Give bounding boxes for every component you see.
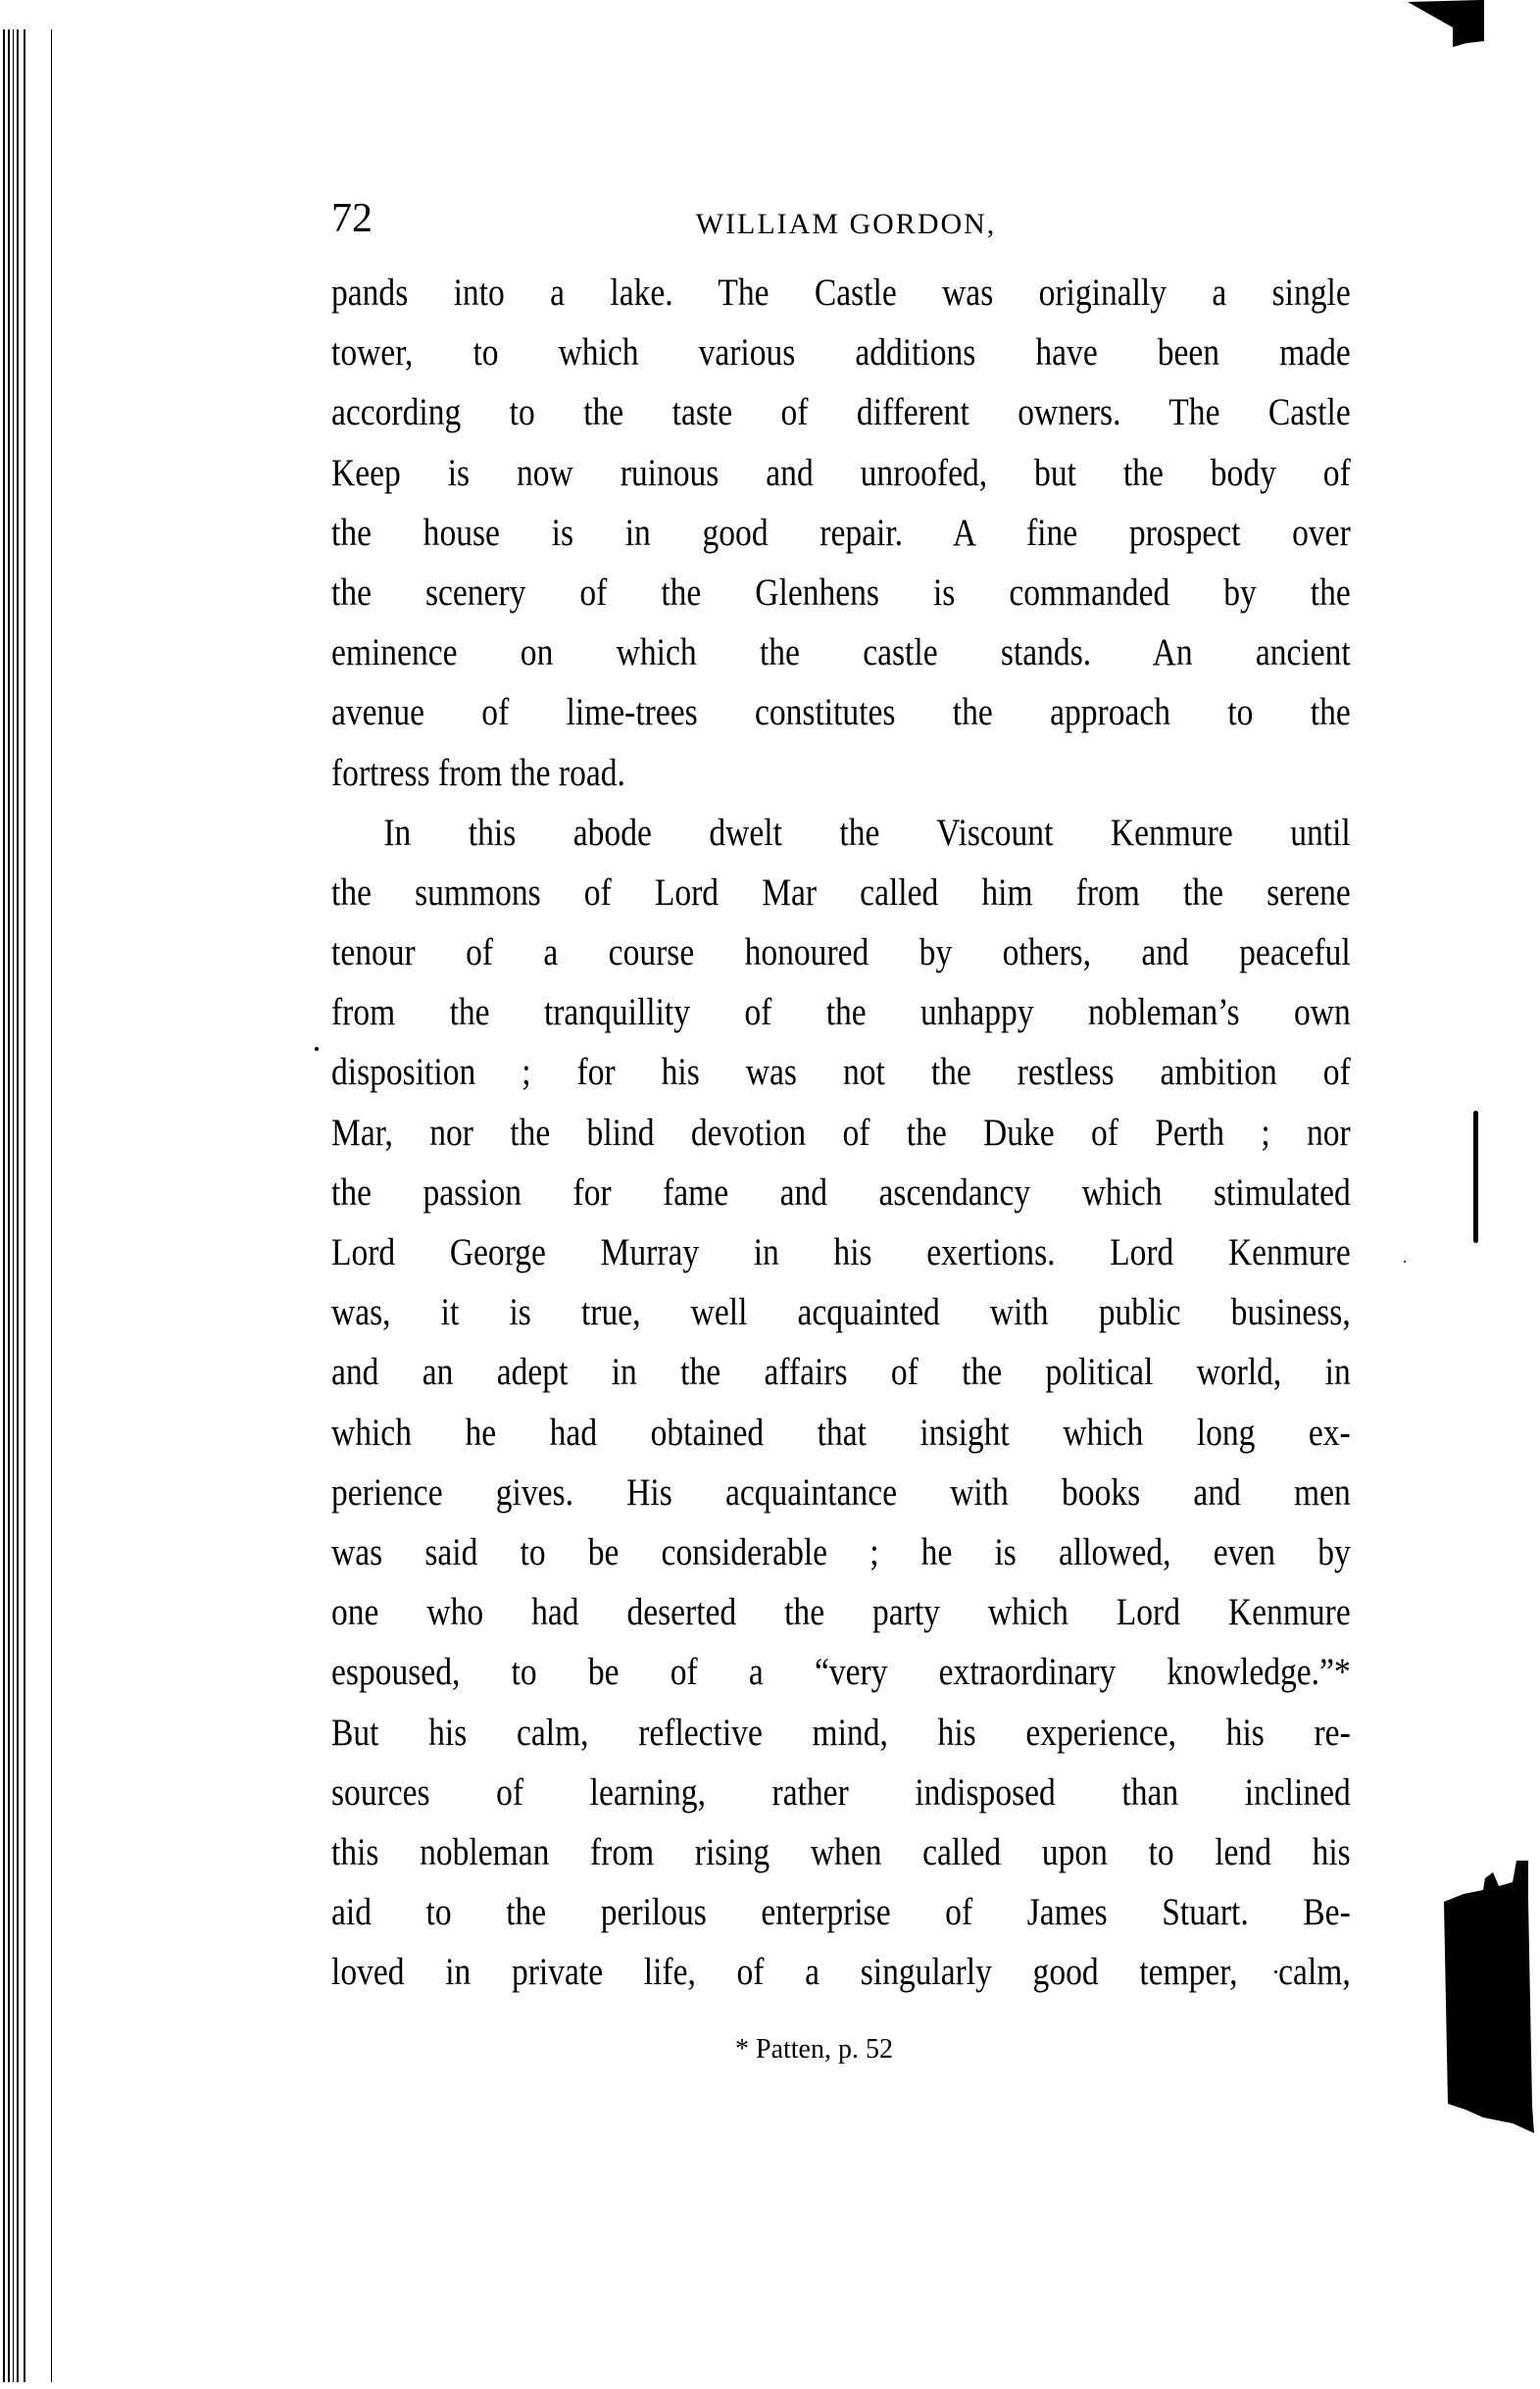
text-line: But his calm, reflective mind, his exper… [331,1703,1351,1763]
binding-line [3,29,5,2382]
text-line: one who had deserted the party which Lor… [331,1582,1351,1642]
text-line: according to the taste of different owne… [331,382,1351,442]
binding-line [13,29,14,2382]
binding-line [17,29,19,2382]
text-line: the scenery of the Glenhens is commanded… [331,563,1351,622]
book-binding-edge [0,29,69,2382]
body-text: pands into a lake. The Castle was origin… [331,263,1351,2002]
stray-dot [1404,1261,1406,1263]
stray-dot [315,1047,319,1051]
text-line: and an adept in the affairs of the polit… [331,1342,1351,1402]
text-line: the passion for fame and ascendancy whic… [331,1163,1351,1222]
text-line-paragraph-start: In this abode dwelt the Viscount Kenmure… [331,803,1351,863]
text-line: was, it is true, well acquainted with pu… [331,1282,1351,1342]
scan-clip-artifact [1444,1861,1534,2135]
binding-line [24,29,25,2382]
text-line: which he had obtained that insight which… [331,1403,1351,1463]
binding-line [51,29,52,2382]
text-line: espoused, to be of a “very extraordinary… [331,1642,1351,1702]
text-line: avenue of lime-trees constitutes the app… [331,682,1351,742]
scan-clip-artifact [1408,0,1484,47]
text-line: loved in private life, of a singularly g… [331,1942,1351,2002]
text-line: pands into a lake. The Castle was origin… [331,263,1351,323]
margin-pen-mark [1473,1111,1478,1243]
text-line: was said to be considerable ; he is allo… [331,1522,1351,1582]
text-line: Keep is now ruinous and unroofed, but th… [331,443,1351,503]
binding-line [8,29,10,2382]
text-line: sources of learning, rather indisposed t… [331,1763,1351,1822]
text-line: fortress from the road. [331,743,1351,803]
text-line: Lord George Murray in his exertions. Lor… [331,1222,1351,1282]
running-head: 72 WILLIAM GORDON, [331,194,1361,243]
text-line: aid to the perilous enterprise of James … [331,1882,1351,1942]
footnote: * Patten, p. 52 [0,2032,1540,2067]
text-line: the summons of Lord Mar called him from … [331,863,1351,922]
text-line: tower, to which various additions have b… [331,323,1351,382]
text-line: the house is in good repair. A fine pros… [331,503,1351,563]
text-line: this nobleman from rising when called up… [331,1822,1351,1882]
text-line: from the tranquillity of the unhappy nob… [331,982,1351,1042]
text-line: disposition ; for his was not the restle… [331,1042,1351,1102]
text-line: tenour of a course honoured by others, a… [331,922,1351,982]
text-line: Mar, nor the blind devotion of the Duke … [331,1103,1351,1163]
text-line: perience gives. His acquaintance with bo… [331,1463,1351,1522]
running-title: WILLIAM GORDON, [331,200,1361,249]
text-line: eminence on which the castle stands. An … [331,622,1351,682]
